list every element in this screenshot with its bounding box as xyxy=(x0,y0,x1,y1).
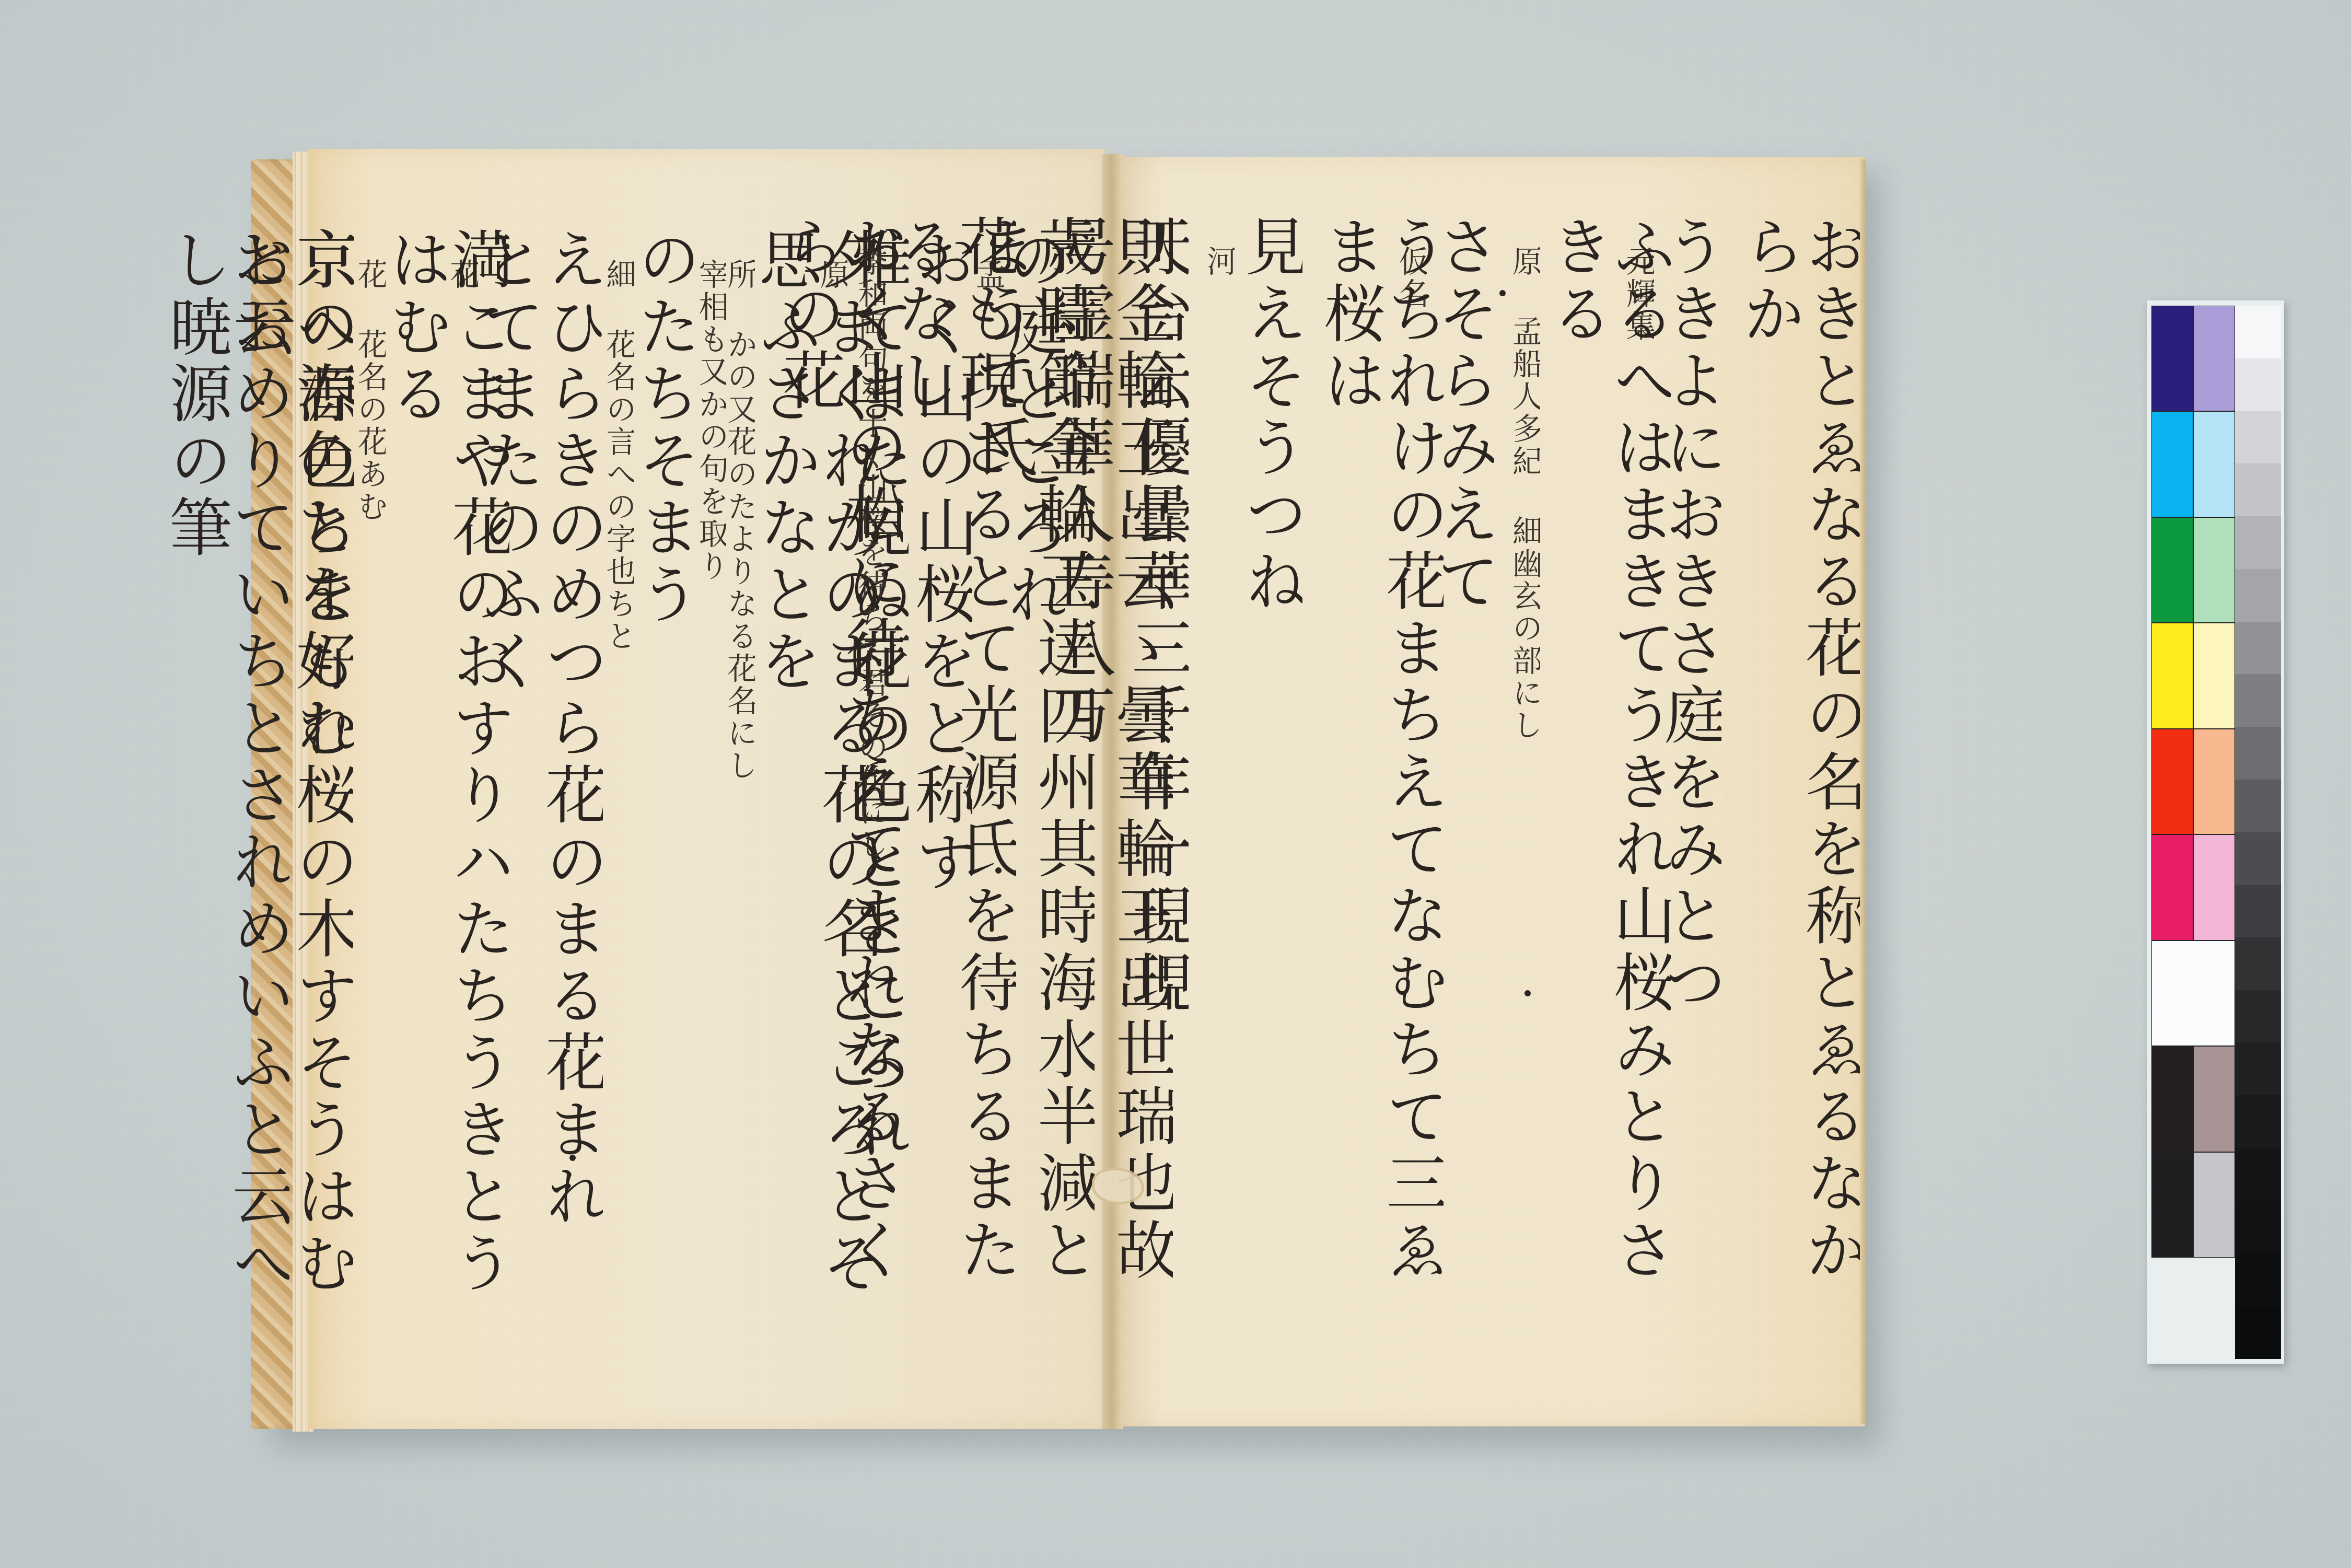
gray-step-patch xyxy=(2235,1043,2281,1096)
text-column: 花 花名の花あむ xyxy=(355,259,386,523)
color-patch xyxy=(2151,1046,2193,1152)
text-column: おく山の松に待ちえてまれなるさくらの花 xyxy=(777,214,903,1338)
gray-step-patch xyxy=(2235,306,2281,359)
gray-step-patch xyxy=(2235,674,2281,727)
text-column: おおめりていちとされめいふと云へし暁源の筆 xyxy=(164,227,289,1351)
text-column: えひらきのめつら花のまる花まれ xyxy=(540,227,603,1230)
color-patch xyxy=(2193,729,2235,834)
gray-step-patch xyxy=(2235,780,2281,833)
gray-step-patch xyxy=(2235,1095,2281,1148)
text-column: 見えそうつね xyxy=(1240,214,1302,615)
right-page-edge xyxy=(1860,159,1866,1424)
gray-step-patch xyxy=(2235,622,2281,675)
color-patch xyxy=(2193,411,2235,517)
text-column: 所 かの又花のたよりなる花名にし xyxy=(725,259,755,782)
text-column: おきとゑなる花の名を称とゑるなからか xyxy=(1737,214,1863,1338)
color-patch xyxy=(2151,517,2193,623)
color-patch xyxy=(2193,306,2235,411)
color-patch-white xyxy=(2151,940,2235,1046)
color-patch xyxy=(2193,623,2235,728)
color-patch xyxy=(2151,306,2193,411)
gray-step-patch xyxy=(2235,727,2281,780)
gray-step-patch xyxy=(2235,1306,2281,1359)
gray-step-patch xyxy=(2235,1148,2281,1201)
color-patch xyxy=(2193,1152,2235,1258)
color-calibration-chart xyxy=(2147,300,2284,1364)
color-patch xyxy=(2151,834,2193,940)
text-column: 原 孟船人多紀 細幽玄の部にし xyxy=(1510,246,1540,742)
right-page: おきとゑなる花の名を称とゑるなからかうきよにおきさ庭をみとつ元輝集ふるへはまきて… xyxy=(1121,157,1865,1426)
color-patch xyxy=(2151,411,2193,517)
gray-step-patch xyxy=(2235,1201,2281,1254)
gray-step-patch xyxy=(2235,832,2281,886)
ink-dot xyxy=(1524,990,1531,996)
text-column: 宰相も又かの句を取り xyxy=(696,259,726,583)
gray-step-patch xyxy=(2235,569,2281,622)
text-column: うちれけの花まちえてなむちて三ゑま桜は xyxy=(1318,214,1444,1338)
gray-step-patch xyxy=(2235,990,2281,1043)
gray-step-patch xyxy=(2235,463,2281,517)
color-patch xyxy=(2193,517,2235,623)
text-column: 満こまや花のおすりハたちうきとうはむる xyxy=(384,227,509,1351)
gray-step-patch xyxy=(2235,1253,2281,1307)
color-patch xyxy=(2193,834,2235,940)
gray-step-patch xyxy=(2235,411,2281,464)
text-column: 細 花名の言への字也ちと xyxy=(604,259,634,653)
text-column: ふるへはまきてうきれ山桜みとりさきる xyxy=(1545,214,1671,1338)
color-patch xyxy=(2151,1152,2193,1258)
text-column: 花も現さるとて光源氏を待ちるまたるなし xyxy=(891,214,1016,1338)
gray-step-patch xyxy=(2235,358,2281,412)
open-book: の庭ところれ孟おく山の山桜をと称す惟てまた見ぬ花の色とところれ原夕まくれかのまる… xyxy=(251,149,1870,1434)
gray-step-patch xyxy=(2235,885,2281,938)
ink-dot xyxy=(995,867,1002,874)
text-column: のたちそまう xyxy=(632,227,695,629)
ink-dot xyxy=(569,1155,576,1161)
gray-step-patch xyxy=(2235,516,2281,570)
color-patch xyxy=(2151,729,2193,834)
ink-dot xyxy=(1499,290,1506,296)
gray-step-patch xyxy=(2235,937,2281,991)
text-column: 河 xyxy=(1204,246,1235,278)
color-patch xyxy=(2151,623,2193,728)
color-patch xyxy=(2193,1046,2235,1152)
